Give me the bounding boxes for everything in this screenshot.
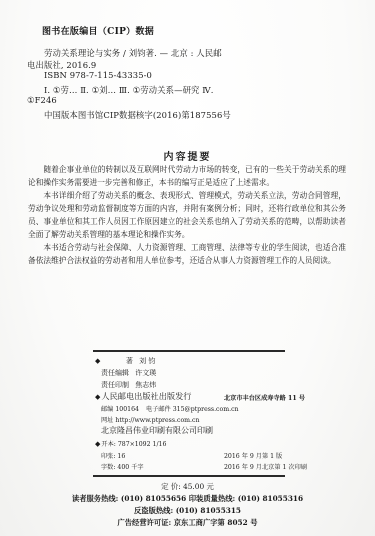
publisher-name: 人民邮电出版社出版发行	[101, 391, 191, 401]
diamond-bullet-icon: ◆	[95, 440, 100, 448]
summary-paragraph: 随着企事业单位的转制以及互联网时代劳动力市场的转变，已有的一些关于劳动关系的理论…	[28, 163, 346, 189]
print-sheets: 印张: 16	[101, 451, 125, 460]
author-name: 刘 钧	[139, 357, 155, 365]
summary-paragraph: 本书适合劳动与社会保障、人力资源管理、工商管理、法律等专业的学生阅读，也适合准备…	[28, 241, 346, 267]
author-label: 著	[126, 357, 133, 365]
cip-record-number: 中国版本图书馆CIP数据核字(2016)第187556号	[44, 109, 231, 121]
word-count: 字数: 400 千字	[101, 462, 144, 471]
editor-row: 责任编辑 许文瑛	[101, 368, 156, 378]
publisher-email[interactable]: 电子邮件 315@ptpress.com.cn	[146, 404, 239, 413]
printing-manager-label: 责任印制	[101, 381, 129, 389]
cip-classification: Ⅰ. ①劳… Ⅱ. ①刘… Ⅲ. ①劳动关系—研究 Ⅳ.	[44, 84, 214, 96]
format-row: ◆开本: 787×1092 1/16	[95, 439, 166, 448]
publisher-row: ◆人民邮电出版社出版发行	[95, 391, 191, 402]
ad-license: 广告经营许可证: 京东工商广字第 8052 号	[0, 518, 375, 528]
edition-info: 2016 年 9 月第 1 版	[224, 451, 282, 460]
editor-name: 许文瑛	[135, 369, 156, 377]
imprint-bottom-divider	[93, 475, 285, 477]
imprint-top-divider	[93, 350, 285, 352]
diamond-bullet-icon: ◆	[95, 357, 100, 365]
author-row: ◆ 著 刘 钧	[95, 356, 155, 366]
publisher-website[interactable]: 网址 http://www.ptpress.com.cn	[101, 415, 199, 424]
service-hotlines: 读者服务热线: (010) 81055656 印装质量热线: (010) 810…	[0, 494, 375, 504]
price: 定 价: 45.00 元	[0, 481, 375, 492]
cip-book-info: 劳动关系理论与实务 / 刘钧著. — 北京 : 人民邮	[44, 47, 222, 59]
printing-info: 2016 年 9 月北京第 1 次印刷	[224, 462, 307, 471]
printer-name: 北京隆昌伟业印刷有限公司印刷	[101, 425, 213, 436]
cip-classification-code: ①F246	[27, 95, 57, 105]
book-format: 开本: 787×1092 1/16	[101, 441, 166, 448]
publisher-address: 北京市丰台区成寿寺路 11 号	[224, 393, 305, 402]
diamond-bullet-icon: ◆	[95, 393, 100, 401]
editor-label: 责任编辑	[101, 369, 129, 377]
printing-manager-row: 责任印制 焦志炜	[101, 380, 156, 390]
cip-isbn: ISBN 978-7-115-43335-0	[44, 70, 152, 80]
cip-title: 图书在版编目（CIP）数据	[42, 24, 154, 37]
summary-body: 随着企事业单位的转制以及互联网时代劳动力市场的转变，已有的一些关于劳动关系的理论…	[28, 163, 346, 267]
summary-title: 内容提要	[0, 148, 375, 163]
printing-manager-name: 焦志炜	[135, 381, 156, 389]
anti-piracy-hotline: 反盗版热线: (010) 81055315	[0, 506, 375, 516]
publisher-postcode: 邮编 100164	[101, 404, 139, 413]
summary-paragraph: 本书详细介绍了劳动关系的概念、表现形式、管理模式，劳动关系立法，劳动合同管理，劳…	[28, 189, 346, 241]
